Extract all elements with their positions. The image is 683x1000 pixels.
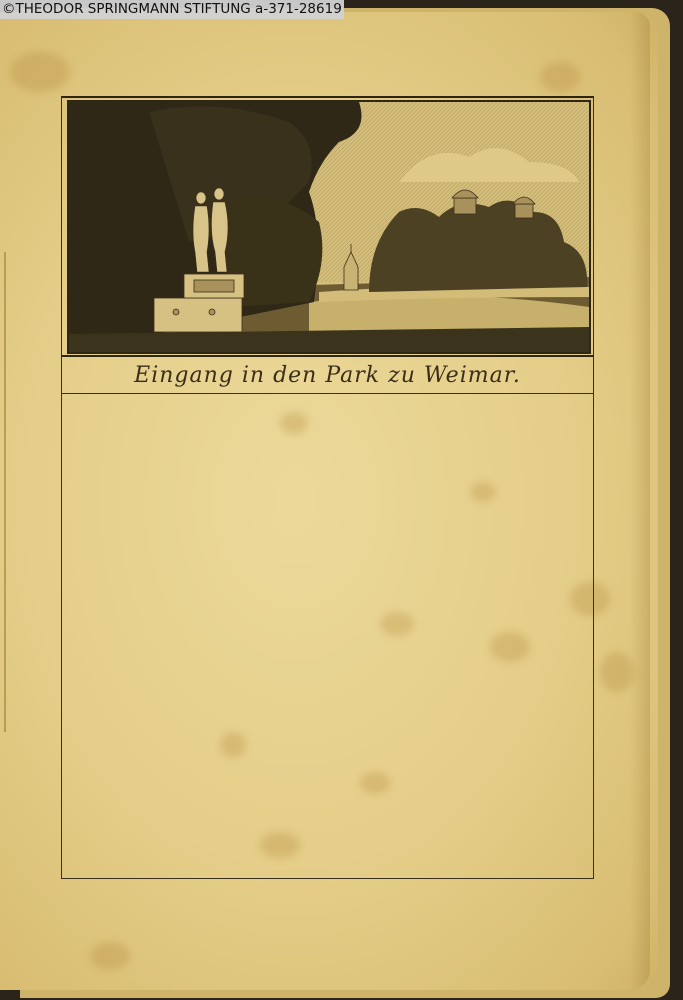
page-edge-shade — [630, 12, 650, 990]
foxing-stain — [90, 942, 130, 970]
park-engraving-illustration — [69, 102, 589, 352]
foxing-stain — [540, 62, 580, 92]
foxing-stain — [600, 652, 634, 692]
plate-caption: Eingang in den Park zu Weimar. — [61, 363, 594, 388]
copyright-watermark: ©THEODOR SPRINGMANN STIFTUNG a-371-28619 — [0, 0, 344, 19]
spine-crease — [4, 252, 12, 732]
foxing-stain — [10, 52, 70, 92]
plate-caption-row: Eingang in den Park zu Weimar. — [61, 355, 594, 394]
engraving-plate — [67, 100, 591, 354]
